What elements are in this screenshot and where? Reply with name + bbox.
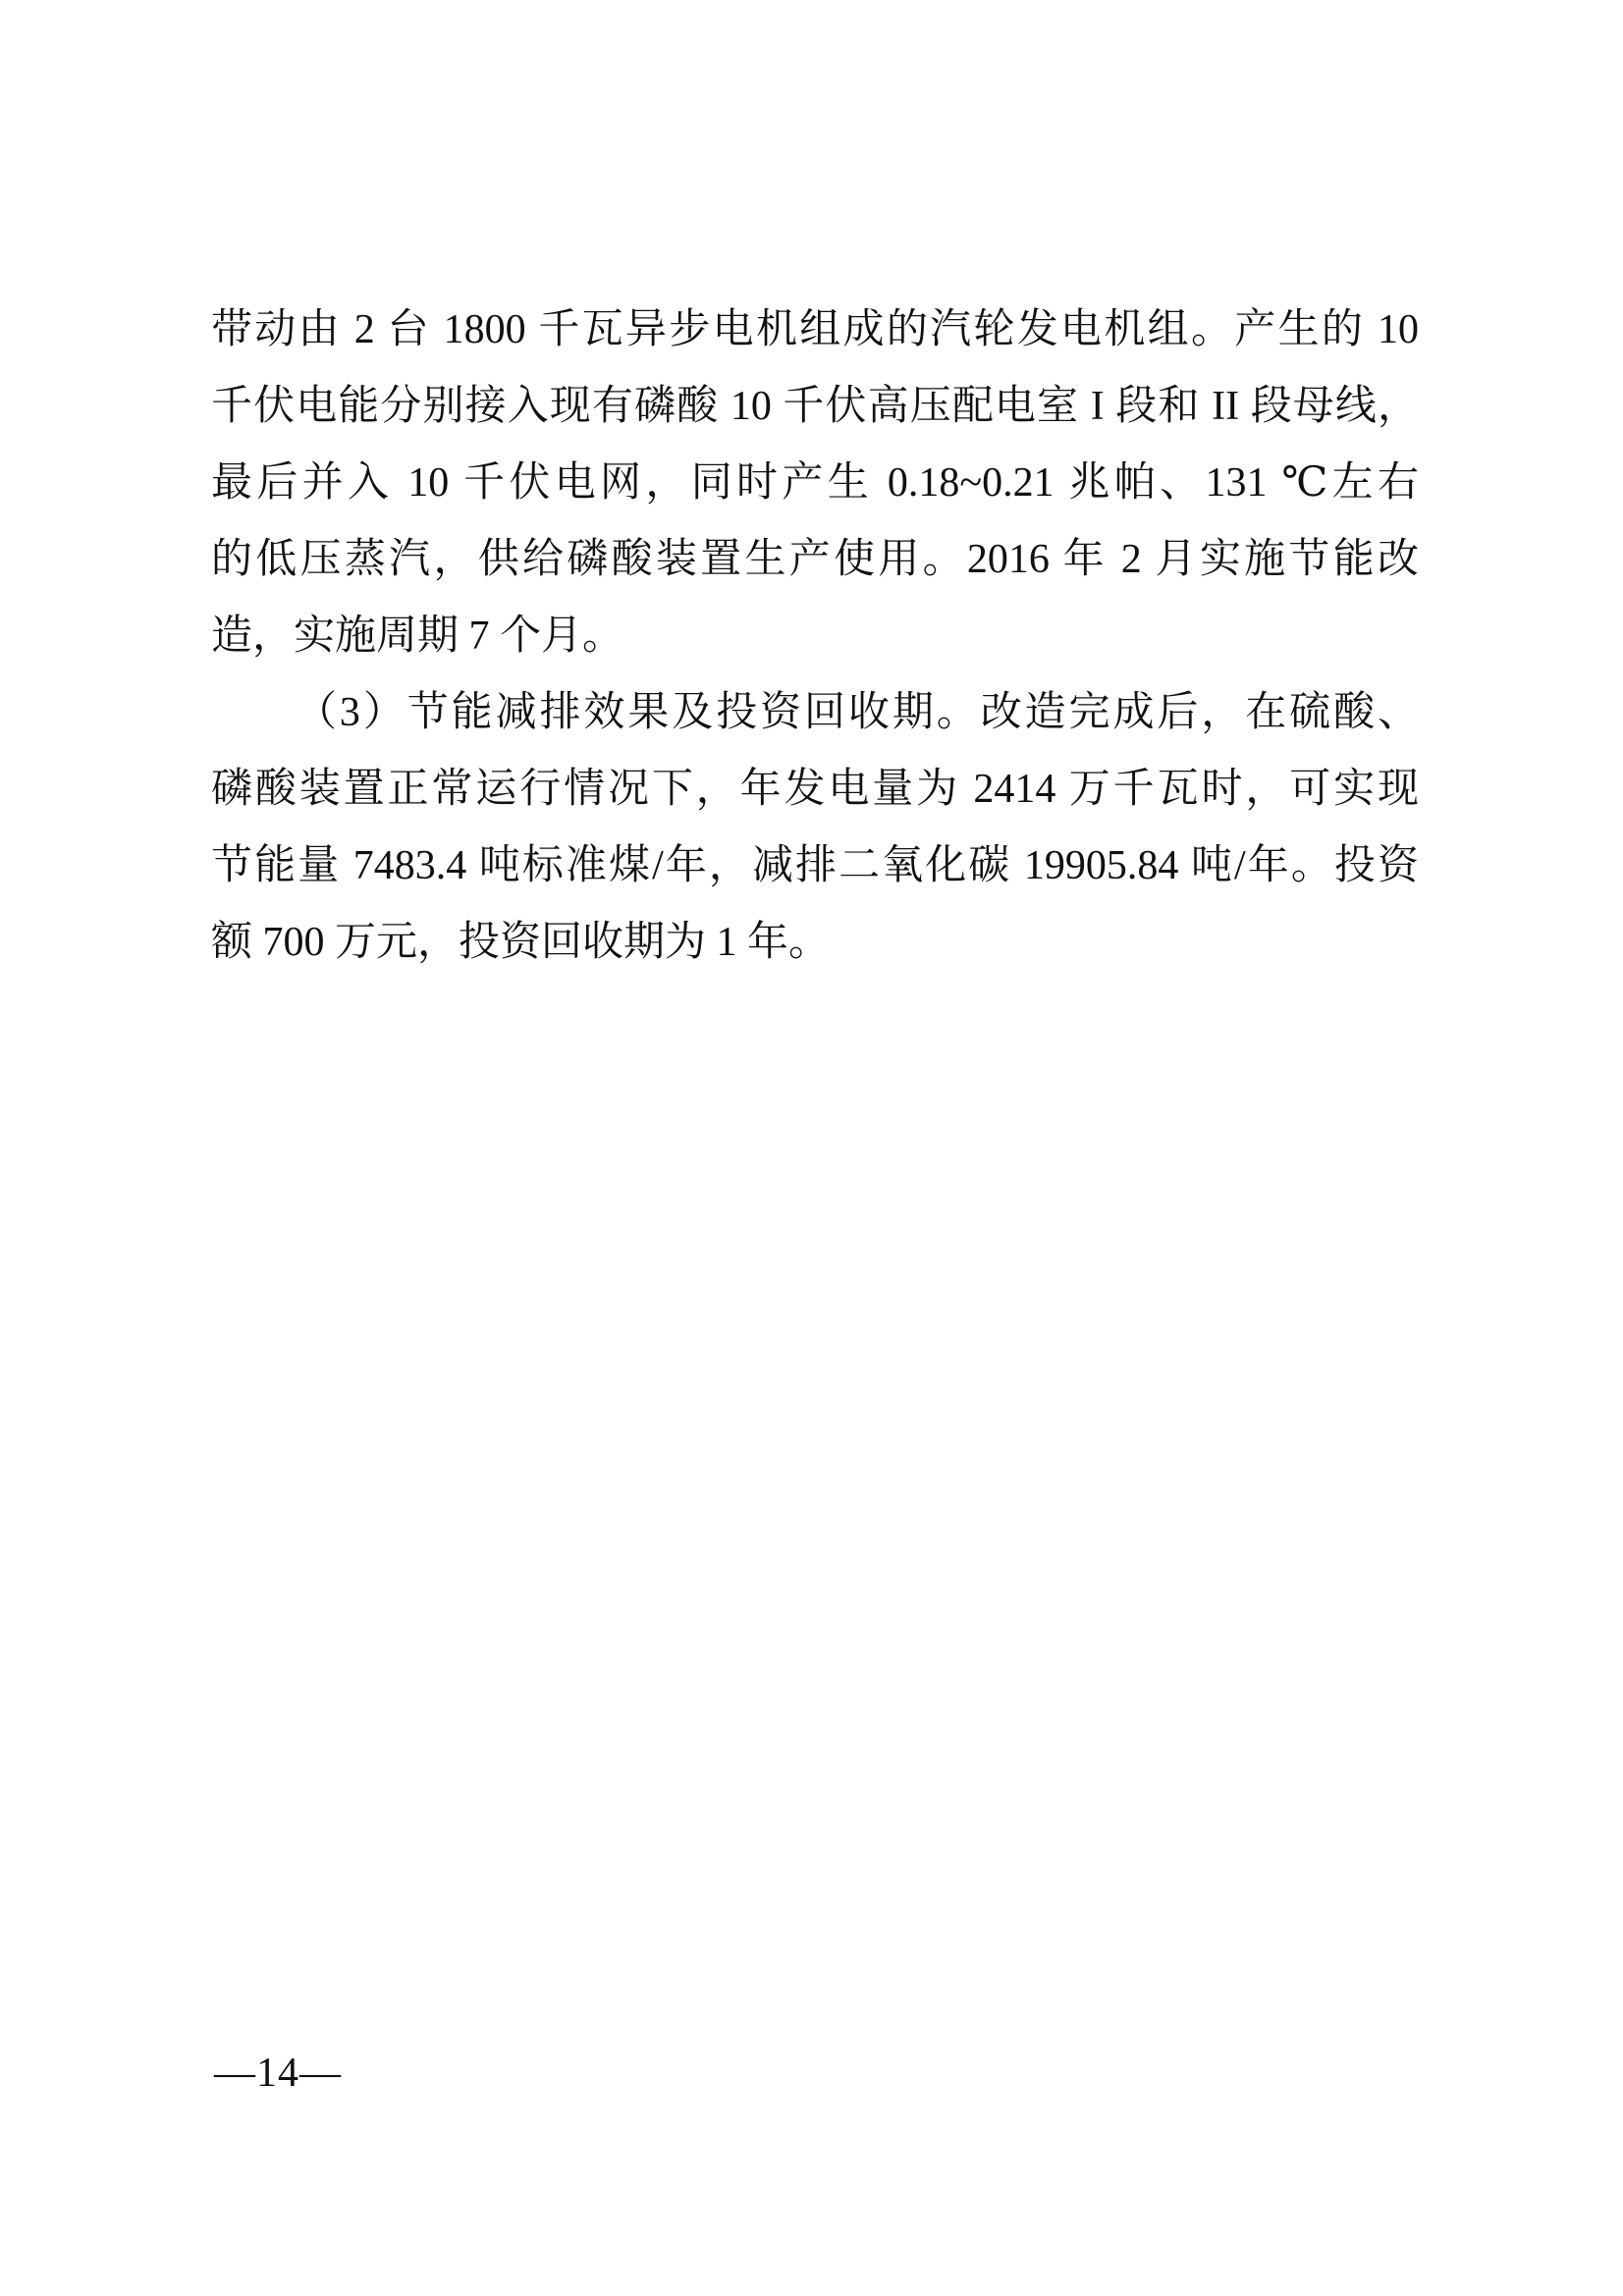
text-line: 带动由 2 台 1800 千瓦异步电机组成的汽轮发电机组。产生的 10 bbox=[211, 292, 1419, 368]
text-line: 磷酸装置正常运行情况下，年发电量为 2414 万千瓦时，可实现 bbox=[211, 751, 1419, 828]
text-line: 千伏电能分别接入现有磷酸 10 千伏高压配电室 I 段和 II 段母线， bbox=[211, 368, 1419, 445]
text-line: 造，实施周期 7 个月。 bbox=[211, 598, 1419, 674]
text-line: 的低压蒸汽，供给磷酸装置生产使用。2016 年 2 月实施节能改 bbox=[211, 521, 1419, 598]
document-page: 带动由 2 台 1800 千瓦异步电机组成的汽轮发电机组。产生的 10 千伏电能… bbox=[0, 0, 1623, 2296]
text-line: 最后并入 10 千伏电网，同时产生 0.18~0.21 兆帕、131 ℃左右 bbox=[211, 445, 1419, 521]
text-line: 额 700 万元，投资回收期为 1 年。 bbox=[211, 904, 1419, 981]
text-line: 节能量 7483.4 吨标准煤/年，减排二氧化碳 19905.84 吨/年。投资 bbox=[211, 828, 1419, 904]
page-number: —14— bbox=[214, 2052, 342, 2095]
body-text: 带动由 2 台 1800 千瓦异步电机组成的汽轮发电机组。产生的 10 千伏电能… bbox=[211, 292, 1419, 981]
text-line: （3）节能减排效果及投资回收期。改造完成后，在硫酸、 bbox=[211, 674, 1419, 751]
